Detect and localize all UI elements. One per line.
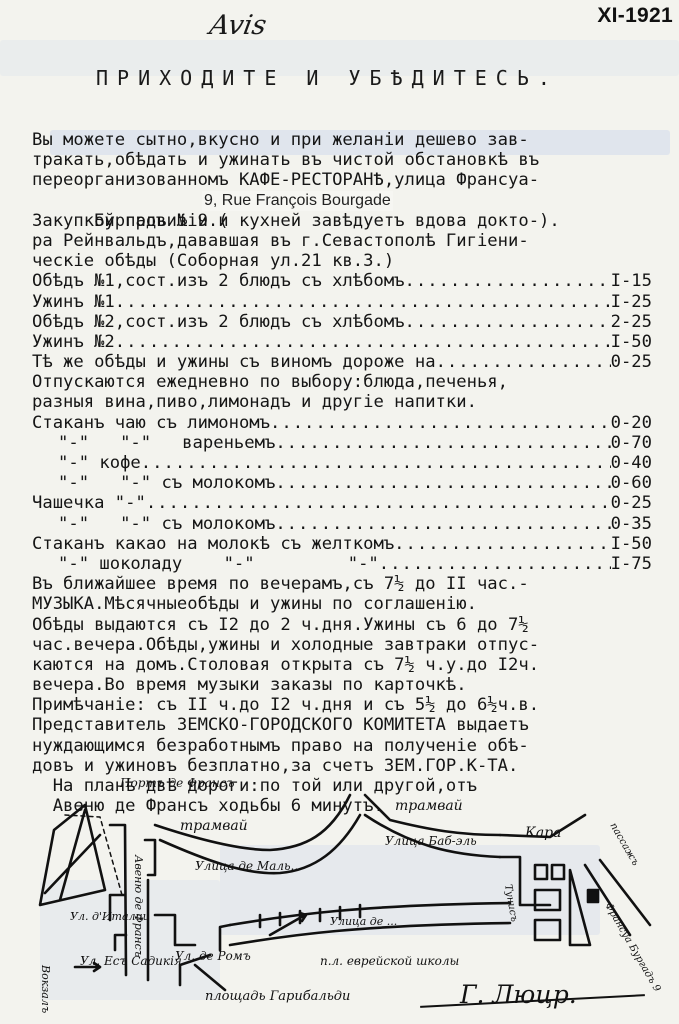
menu-item: Ужинъ №2 bbox=[32, 332, 115, 352]
drink-item: "-" "-" съ молокомъ bbox=[58, 514, 275, 534]
text-line: вечера.Во время музыки заказы по карточк… bbox=[32, 675, 652, 695]
drink-price: I-75 bbox=[611, 554, 652, 574]
intro-paragraph: Вы можете сытно,вкусно и при желанiи деш… bbox=[32, 130, 652, 271]
leader-dots: ........................................… bbox=[436, 352, 611, 372]
menu-list: Обѣдъ №1,сост.изъ 2 блюдъ съ хлѣбомъ....… bbox=[32, 271, 652, 372]
text-line: Отпускаются ежедневно по выбору:блюда,пе… bbox=[32, 372, 652, 392]
text-line: Вы можете сытно,вкусно и при желанiи деш… bbox=[32, 130, 652, 150]
drink-item: Чашечка "-" bbox=[32, 493, 146, 513]
leader-dots: ........................................… bbox=[146, 493, 611, 513]
text-line: ра Рейнвальдъ,дававшая въ г.Севастополѣ … bbox=[32, 231, 652, 251]
menu-row: Обѣдъ №2,сост.изъ 2 блюдъ съ хлѣбомъ....… bbox=[32, 312, 652, 332]
map-label-tram: трамвай bbox=[180, 818, 248, 834]
leader-dots: ........................................… bbox=[405, 312, 611, 332]
leader-dots: ........................................… bbox=[405, 271, 611, 291]
leader-dots: ........................................… bbox=[115, 332, 611, 352]
drink-row: Стаканъ чаю съ лимономъ.................… bbox=[32, 413, 652, 433]
text-line: ческiе обѣды (Соборная ул.21 кв.3.) bbox=[32, 251, 652, 271]
text-line: Въ ближайшее время по вечерамъ,съ 7½ до … bbox=[32, 574, 652, 594]
leader-dots: ........................................… bbox=[115, 292, 611, 312]
leader-dots: ........................................… bbox=[379, 554, 611, 574]
menu-price: 2-25 bbox=[611, 312, 652, 332]
drink-price: 0-70 bbox=[611, 433, 652, 453]
map-label-bourgade: Франсуа Бургадъ 9 bbox=[602, 901, 662, 994]
menu-item: Обѣдъ №2,сост.изъ 2 блюдъ съ хлѣбомъ bbox=[32, 312, 405, 332]
date-stamp: XI-1921 bbox=[597, 4, 673, 28]
map-label-rome: Ул. де Ромъ bbox=[175, 949, 251, 963]
text-line: Примѣчанiе: съ II ч.до I2 ч.дня и съ 5½ … bbox=[32, 695, 652, 715]
hand-drawn-street-map: Портъ де Франсъ трамвай Улица де Маль...… bbox=[30, 775, 670, 1015]
map-drawing: Портъ де Франсъ трамвай Улица де Маль...… bbox=[30, 775, 670, 1015]
menu-price: I-50 bbox=[611, 332, 652, 352]
signature: Г. Люцр. bbox=[460, 980, 577, 1009]
drink-price: 0-60 bbox=[611, 473, 652, 493]
drink-row: "-" "-" съ молокомъ.....................… bbox=[32, 473, 652, 493]
text-line: МУЗЫКА.Мѣсячныеобѣды и ужины по соглашен… bbox=[32, 594, 652, 614]
drink-item: "-" кофе bbox=[58, 453, 141, 473]
map-label-vokzal: Вокзалъ bbox=[39, 964, 52, 1013]
map-label-garibaldi: площадь Гарибальди bbox=[205, 989, 350, 1004]
drinks-list: Стаканъ чаю съ лимономъ.................… bbox=[32, 413, 652, 575]
drink-price: I-50 bbox=[611, 534, 652, 554]
map-label-sadiki: Ул. Есъ Садикiя bbox=[80, 954, 182, 968]
menu-row: Ужинъ №1................................… bbox=[32, 292, 652, 312]
map-label-street: Улица де ... bbox=[330, 915, 397, 928]
map-label-passage: пассажъ bbox=[607, 821, 640, 868]
map-label-kara: Кара bbox=[524, 825, 562, 841]
drink-row: "-" "-" вареньемъ ......................… bbox=[32, 433, 652, 453]
drink-row: Чашечка "-".............................… bbox=[32, 493, 652, 513]
avis-handwritten-title: Avis bbox=[207, 10, 269, 41]
leader-dots: ........................................… bbox=[275, 514, 610, 534]
drink-item: "-" шоколаду "-" "-" bbox=[58, 554, 379, 574]
drink-row: "-" "-" съ молокомъ.....................… bbox=[32, 514, 652, 534]
map-label-school: п.л. еврейской школы bbox=[320, 954, 459, 968]
map-label-rue-bab: Улица Баб-эль bbox=[385, 834, 477, 848]
advertisement-body: Вы можете сытно,вкусно и при желанiи деш… bbox=[32, 130, 652, 816]
drink-item: Стаканъ какао на молокѣ съ желткомъ bbox=[32, 534, 394, 554]
text-line: Закупкой провизiи и кухней завѣдуетъ вдо… bbox=[32, 211, 652, 231]
menu-row: Обѣдъ №1,сост.изъ 2 блюдъ съ хлѣбомъ....… bbox=[32, 271, 652, 291]
map-label-italie: Ул. д'Италии bbox=[70, 910, 150, 923]
menu-item: Тѣ же обѣды и ужины съ виномъ дороже на bbox=[32, 352, 436, 372]
menu-price: 0-25 bbox=[611, 352, 652, 372]
leader-dots: ........................................… bbox=[275, 433, 610, 453]
text-line: час.вечера.Обѣды,ужины и холодные завтра… bbox=[32, 635, 652, 655]
drink-price: 0-40 bbox=[611, 453, 652, 473]
leader-dots: ........................................… bbox=[394, 534, 610, 554]
text-line: переорганизованномъ КАФЕ-РЕСТОРАНѢ,улица… bbox=[32, 170, 652, 190]
drink-row: "-" шоколаду "-" "-" ...................… bbox=[32, 554, 652, 574]
drink-row: Стаканъ какао на молокѣ съ желткомъ.....… bbox=[32, 534, 652, 554]
drink-price: 0-35 bbox=[611, 514, 652, 534]
address-inset: 9, Rue François Bourgade bbox=[202, 191, 393, 211]
leader-dots: ........................................… bbox=[270, 413, 611, 433]
menu-price: I-25 bbox=[611, 292, 652, 312]
map-label-rue-mal: Улица де Маль... bbox=[195, 859, 302, 873]
text-line: тракать,обѣдать и ужинать въ чистой обст… bbox=[32, 150, 652, 170]
drink-item: "-" "-" вареньемъ bbox=[58, 433, 275, 453]
leader-dots: ........................................… bbox=[141, 453, 611, 473]
text-line: Обѣды выдаются съ I2 до 2 ч.дня.Ужины съ… bbox=[32, 615, 652, 635]
drink-item: Стаканъ чаю съ лимономъ bbox=[32, 413, 270, 433]
address-line: Бургадъ № 9.( ). 9, Rue François Bourgad… bbox=[32, 191, 652, 211]
menu-row: Ужинъ №2................................… bbox=[32, 332, 652, 352]
text-line: Представитель ЗЕМСКО-ГОРОДСКОГО КОМИТЕТА… bbox=[32, 715, 652, 735]
map-label-tram-2: трамвай bbox=[395, 798, 463, 814]
drink-row: "-" кофе................................… bbox=[32, 453, 652, 473]
text-line: довъ и ужиновъ безплатно,за счетъ ЗЕМ.ГО… bbox=[32, 756, 652, 776]
menu-item: Обѣдъ №1,сост.изъ 2 блюдъ съ хлѣбомъ bbox=[32, 271, 405, 291]
map-label-porte: Портъ де Франсъ bbox=[119, 776, 235, 790]
map-label-avenue: Авеню де Франсъ bbox=[132, 854, 145, 957]
menu-row: Тѣ же обѣды и ужины съ виномъ дороже на … bbox=[32, 352, 652, 372]
leader-dots: ........................................… bbox=[275, 473, 610, 493]
drink-price: 0-25 bbox=[611, 493, 652, 513]
text-line: нуждающимся безработнымъ право на получе… bbox=[32, 736, 652, 756]
menu-price: I-15 bbox=[611, 271, 652, 291]
drink-price: 0-20 bbox=[611, 413, 652, 433]
drink-item: "-" "-" съ молокомъ bbox=[58, 473, 275, 493]
menu-item: Ужинъ №1 bbox=[32, 292, 115, 312]
text-line: каются на домъ.Столовая открыта съ 7½ ч.… bbox=[32, 655, 652, 675]
page-title: ПРИХОДИТЕ И УБѢДИТЕСЬ. bbox=[96, 66, 559, 90]
text-line: разныя вина,пиво,лимонадъ и другiе напит… bbox=[32, 392, 652, 412]
